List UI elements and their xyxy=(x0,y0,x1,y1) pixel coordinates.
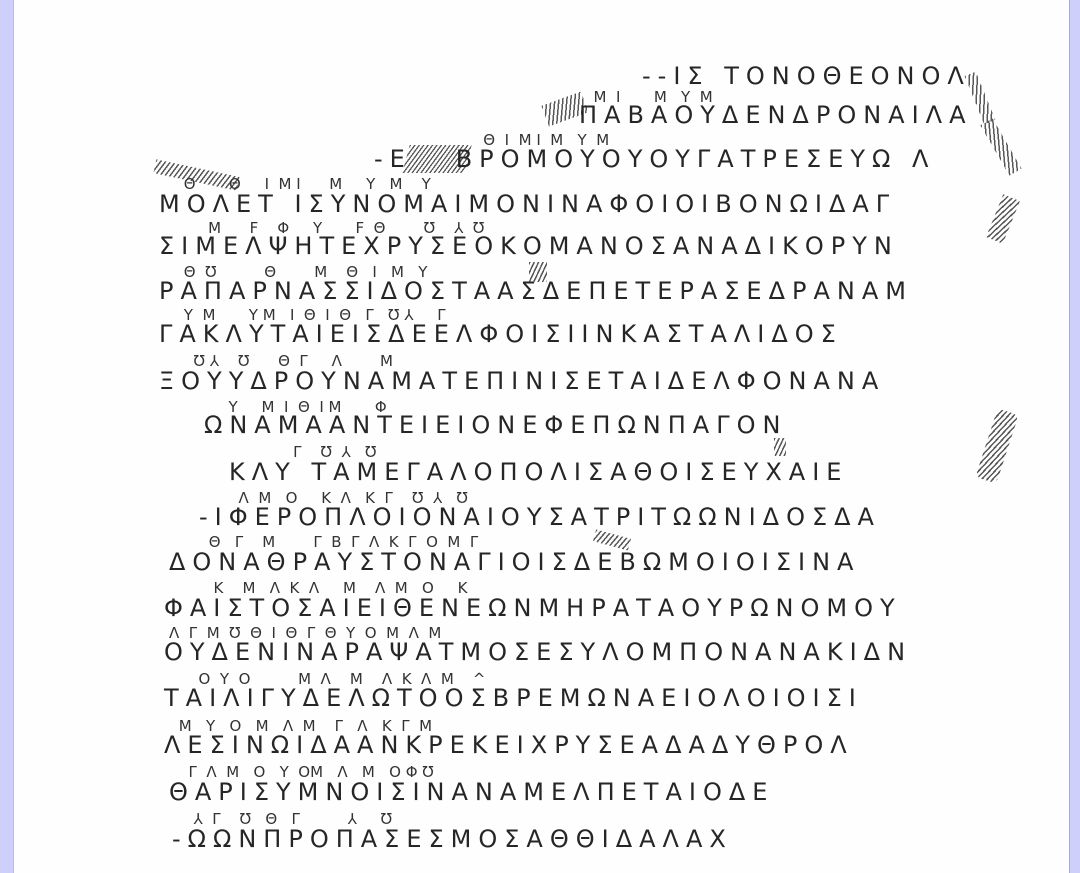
inscription-line-11: -ΙΦΕΡΟΠΛΟΙΟΝΑΙΟΥΣΑΤΡΙΤΩΩΝΙΔΟΣΔΑ xyxy=(199,503,881,531)
inscription-line-4: ΜΟΛΕΤ ΙΣΥΝΟΜΑΙΜΟΝΙΝΑΦΟΙΟΙΒΟΝΩΙΔΑΓ xyxy=(159,190,896,218)
inscription-line-9: ΩΝΑΜΑΑΝΤΕΙΕΙΟΝΕΦΕΠΩΝΠΑΓΟΝ xyxy=(204,411,787,439)
inscription-line-2: ΠΑΒΑΟΥΔΕΝΔΡΟΝΑΙΛΑ xyxy=(579,101,973,129)
inscription-line-14: ΟΥΔΕΝΙΝΑΡΑΨΑΤΜΟΣΕΣΥΛΟΜΠΟΝΑΝΑΚΙΔΝ xyxy=(164,638,912,666)
inscription-line-1: --ΙΣ ΤΟΝΟΘΕΟΝΟΛ xyxy=(642,62,971,90)
inscription-line-5: ΣΙΜΕΛΨΗΤΕΧΡΥΣΕΟΚΟΜΑΝΟΣΑΝΑΔΙΚΟΡΥΝ xyxy=(159,232,899,260)
inscription-line-16: ΛΕΣΙΝΩΙΔΑΑΝΚΡΕΚΕΙΧΡΥΣΕΑΔΑΔΥΘΡΟΛ xyxy=(164,731,854,759)
damage-hatch-line9 xyxy=(774,438,786,456)
inscription-line-15: ΤΑΙΛΙΓΥΔΕΛΩΤΟΟΣΒΡΕΜΩΝΑΕΙΟΛΟΙΟΙΣΙ xyxy=(164,684,863,712)
inscription-line-7: ΓΑΚΛΥΤΑΙΕΙΣΔΕΕΛΦΟΙΣΙΙΝΚΑΣΤΑΛΙΔΟΣ xyxy=(159,320,843,348)
inscription-line-10: ΚΛΥ ΤΑΜΕΓΑΛΟΠΟΛΙΣΑΘΟΙΣΕΥΧΑΙΕ xyxy=(229,458,848,486)
inscription-line-6: ΡΑΠΑΡΝΑΣΣΙΔΟΣΤΑΑΣΔΕΠΕΤΕΡΑΣΕΔΡΑΝΑΜ xyxy=(159,277,913,305)
damage-hatch-right-edge-3 xyxy=(986,194,1020,243)
damage-hatch-right-lower xyxy=(975,408,1018,483)
viewer-frame: --ΙΣ ΤΟΝΟΘΕΟΝΟΛ Μ Ι Μ Υ Μ ΠΑΒΑΟΥΔΕΝΔΡΟΝΑ… xyxy=(0,0,1080,873)
damage-hatch-right-edge-2 xyxy=(980,118,1021,175)
inscription-line-18: -ΩΩΝΠΡΟΠΑΣΕΣΜΟΣΑΘΘΙΔΑΛΑΧ xyxy=(172,825,733,853)
inscription-line-12: ΔΟΝΑΘΡΑΥΣΤΟΝΑΓΙΟΙΣΔΕΒΩΜΟΙΟΙΣΙΝΑ xyxy=(169,548,860,576)
inscription-line-17: ΘΑΡΙΣΥΜΝΟΙΣΙΝΑΝΑΜΕΛΠΕΤΑΙΟΔΕ xyxy=(169,778,774,806)
inscription: --ΙΣ ΤΟΝΟΘΕΟΝΟΛ Μ Ι Μ Υ Μ ΠΑΒΑΟΥΔΕΝΔΡΟΝΑ… xyxy=(14,0,1069,873)
inscription-line-3: -Ε ΒΡΟΜΟΥΟΥΟΥΓΑΤΡΕΣΕΥΩ Λ xyxy=(374,145,935,173)
inscription-line-13: ΦΑΙΣΤΟΣΑΙΕΙΘΕΝΕΩΝΜΗΡΑΤΑΟΥΡΩΝΟΜΟΥ xyxy=(164,594,902,622)
inscription-page: --ΙΣ ΤΟΝΟΘΕΟΝΟΛ Μ Ι Μ Υ Μ ΠΑΒΑΟΥΔΕΝΔΡΟΝΑ… xyxy=(13,0,1070,873)
inscription-line-8: ΞΟΥΥΔΡΟΥΝΑΜΑΤΕΠΙΝΙΣΕΤΑΙΔΕΛΦΟΝΑΝΑ xyxy=(159,367,885,395)
